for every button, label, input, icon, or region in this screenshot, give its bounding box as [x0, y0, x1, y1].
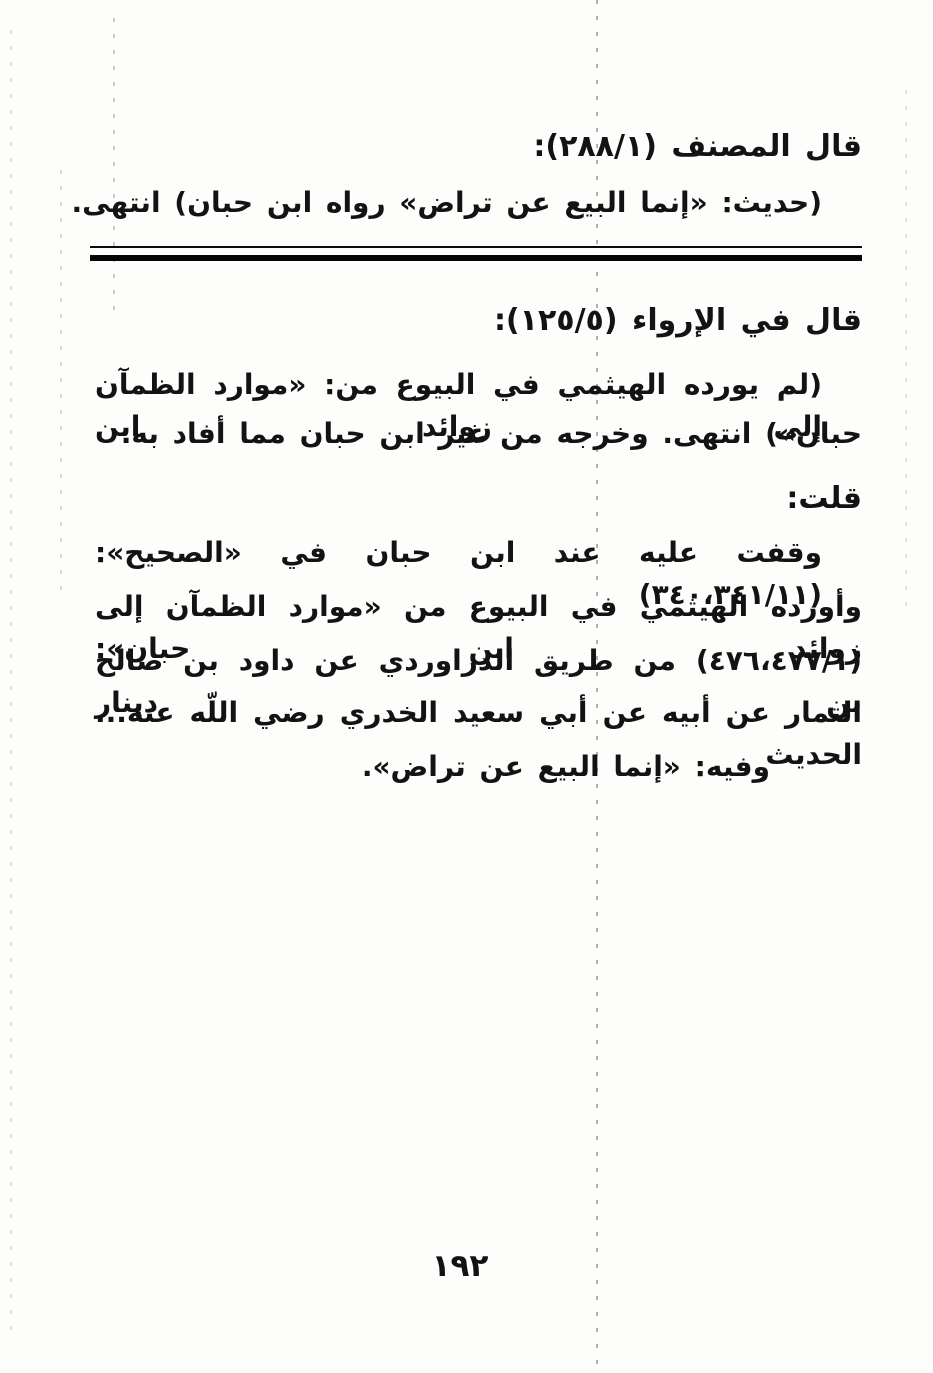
scan-artifact-dotted-line-edge — [10, 30, 12, 1330]
scan-artifact-dotted-line-right — [905, 90, 907, 610]
section-irwa-heading: قال في الإرواء (١٢٥/٥): — [494, 298, 862, 343]
page-number: ١٩٢ — [420, 1248, 500, 1284]
scan-artifact-dotted-line-left — [60, 170, 62, 600]
scan-artifact-dotted-line-left-top — [113, 18, 115, 318]
section-irwa-line-2: حبان») انتهى. وخرجه من غير ابن حبان مما … — [121, 413, 862, 455]
section-divider-rule — [90, 246, 862, 261]
section-musannif-quote-line: (حديث: «إنما البيع عن تراض» رواه ابن حبا… — [72, 182, 822, 224]
section-musannif-heading: قال المصنف (٢٨٨/١): — [533, 124, 862, 169]
section-qultu-line-5: وفيه: «إنما البيع عن تراض». — [362, 746, 770, 788]
section-qultu-heading: قلت: — [786, 476, 862, 521]
scanned-book-page: قال المصنف (٢٨٨/١): (حديث: «إنما البيع ع… — [0, 0, 933, 1373]
